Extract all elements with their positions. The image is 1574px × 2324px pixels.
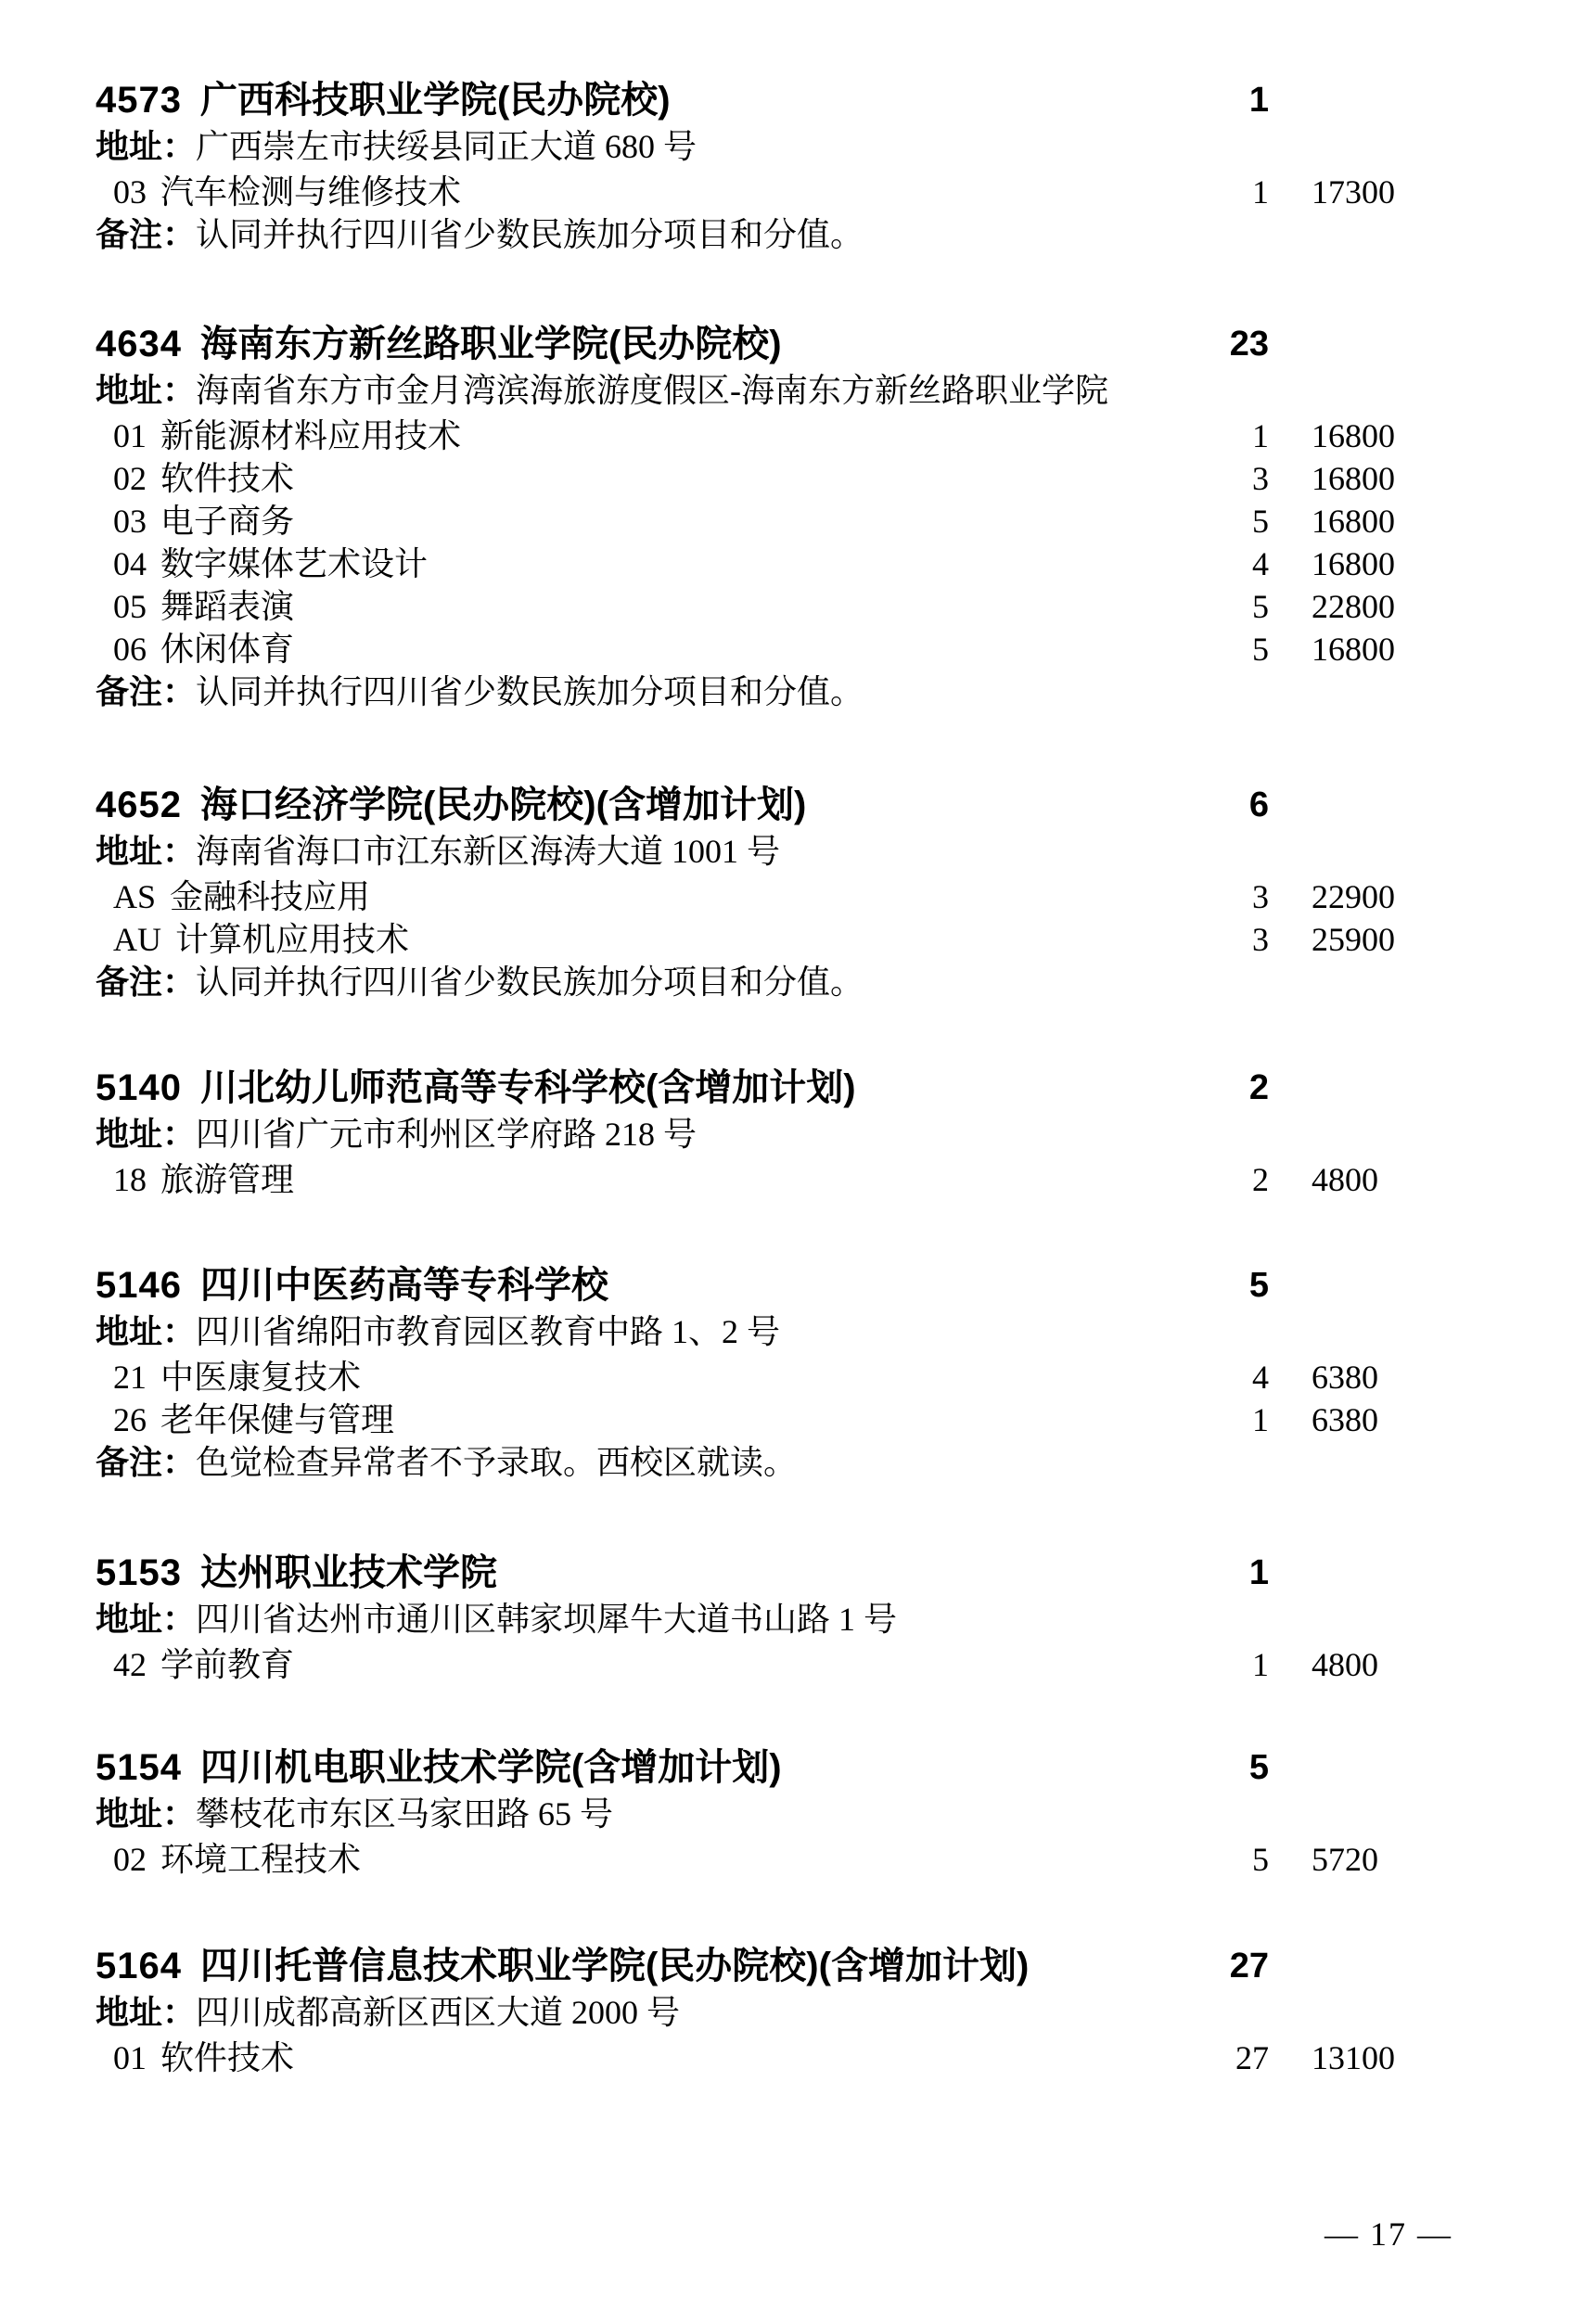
course-row: 18旅游管理 2 4800 [96, 1159, 1505, 1200]
course-name: 中医康复技术 [160, 1359, 361, 1396]
course-count: 5 [1213, 501, 1269, 542]
course-code: 18 [113, 1161, 147, 1198]
note-label: 备注： [96, 1443, 196, 1481]
course-name: 新能源材料应用技术 [160, 417, 461, 454]
school-plan-count: 5 [1213, 1264, 1269, 1307]
course-row: 21中医康复技术 4 6380 [96, 1357, 1505, 1398]
school-code: 5146 [96, 1265, 182, 1306]
school-code: 4652 [96, 785, 182, 825]
course-count: 5 [1213, 1839, 1269, 1880]
course-code: 42 [113, 1646, 147, 1683]
school-title-line: 5140川北幼儿师范高等专科学校(含增加计划) 2 [96, 1066, 1505, 1109]
address-text: 四川省绵阳市教育园区教育中路 1、2 号 [196, 1313, 780, 1350]
school-plan-count: 27 [1213, 1945, 1269, 1987]
school-title-line: 4573广西科技职业学院(民办院校) 1 [96, 79, 1505, 121]
course-code: 03 [113, 173, 147, 211]
school-name: 广西科技职业学院(民办院校) [200, 80, 671, 121]
address-text: 海南省东方市金月湾滨海旅游度假区-海南东方新丝路职业学院 [196, 372, 1108, 409]
school-name: 海南东方新丝路职业学院(民办院校) [200, 324, 782, 364]
school-code: 4573 [96, 80, 182, 121]
course-row: 05舞蹈表演 5 22800 [96, 586, 1505, 627]
address-label: 地址： [96, 1115, 196, 1153]
course-code: 04 [113, 545, 147, 582]
school-plan-count: 2 [1213, 1066, 1269, 1109]
school-plan-count: 5 [1213, 1746, 1269, 1789]
course-count: 4 [1213, 1357, 1269, 1398]
document-page: 4573广西科技职业学院(民办院校) 1 地址：广西崇左市扶绥县同正大道 680… [0, 0, 1574, 2324]
address-label: 地址： [96, 832, 196, 870]
school-name: 川北幼儿师范高等专科学校(含增加计划) [200, 1067, 856, 1108]
course-row: 26老年保健与管理 1 6380 [96, 1399, 1505, 1440]
school-name: 达州职业技术学院 [200, 1552, 497, 1593]
school-plan-count: 1 [1213, 1551, 1269, 1594]
course-row: 42学前教育 1 4800 [96, 1644, 1505, 1685]
course-row: 06休闲体育 5 16800 [96, 629, 1505, 670]
course-row: 03电子商务 5 16800 [96, 501, 1505, 542]
course-code: AS [113, 878, 156, 915]
course-name: 环境工程技术 [160, 1841, 361, 1878]
course-count: 5 [1213, 629, 1269, 670]
school-title-line: 5146四川中医药高等专科学校 5 [96, 1264, 1505, 1307]
course-fee: 22800 [1312, 586, 1395, 627]
school-plan-count: 23 [1213, 323, 1269, 365]
address-line: 地址：海南省海口市江东新区海涛大道 1001 号 [96, 831, 1505, 872]
course-name: 老年保健与管理 [160, 1401, 394, 1438]
course-count: 1 [1213, 1399, 1269, 1440]
course-count: 3 [1213, 458, 1269, 499]
address-line: 地址：四川省广元市利州区学府路 218 号 [96, 1114, 1505, 1155]
course-count: 1 [1213, 172, 1269, 212]
course-count: 3 [1213, 876, 1269, 917]
course-fee: 16800 [1312, 543, 1395, 584]
course-count: 1 [1213, 1644, 1269, 1685]
course-fee: 22900 [1312, 876, 1395, 917]
address-line: 地址：四川成都高新区西区大道 2000 号 [96, 1992, 1505, 2033]
course-fee: 17300 [1312, 172, 1395, 212]
course-count: 1 [1213, 415, 1269, 456]
address-text: 四川省达州市通川区韩家坝犀牛大道书山路 1 号 [196, 1601, 897, 1638]
school-code: 5154 [96, 1747, 182, 1788]
address-text: 海南省海口市江东新区海涛大道 1001 号 [196, 833, 780, 870]
school-title-line: 4652海口经济学院(民办院校)(含增加计划) 6 [96, 784, 1505, 826]
address-line: 地址：海南省东方市金月湾滨海旅游度假区-海南东方新丝路职业学院 [96, 370, 1505, 411]
course-row: 03汽车检测与维修技术 1 17300 [96, 172, 1505, 212]
course-code: 21 [113, 1359, 147, 1396]
course-name: 软件技术 [160, 2039, 294, 2076]
course-name: 软件技术 [160, 460, 294, 497]
course-name: 计算机应用技术 [175, 921, 409, 958]
course-fee: 16800 [1312, 415, 1395, 456]
course-count: 4 [1213, 543, 1269, 584]
course-name: 休闲体育 [160, 631, 294, 668]
address-line: 地址：攀枝花市东区马家田路 65 号 [96, 1794, 1505, 1834]
course-fee: 13100 [1312, 2037, 1395, 2078]
note-text: 认同并执行四川省少数民族加分项目和分值。 [196, 673, 864, 710]
address-line: 地址：广西崇左市扶绥县同正大道 680 号 [96, 126, 1505, 167]
page-number: — 17 — [1324, 2215, 1452, 2254]
course-name: 舞蹈表演 [160, 588, 294, 625]
course-code: 01 [113, 417, 147, 454]
course-code: 05 [113, 588, 147, 625]
address-label: 地址： [96, 371, 196, 409]
address-line: 地址：四川省绵阳市教育园区教育中路 1、2 号 [96, 1311, 1505, 1352]
address-text: 四川成都高新区西区大道 2000 号 [196, 1994, 680, 2031]
note-text: 认同并执行四川省少数民族加分项目和分值。 [196, 964, 864, 1001]
note-line: 备注：认同并执行四川省少数民族加分项目和分值。 [96, 214, 1505, 255]
course-name: 旅游管理 [160, 1161, 294, 1198]
course-row: AS金融科技应用 3 22900 [96, 876, 1505, 917]
school-code: 5153 [96, 1552, 182, 1593]
course-code: 06 [113, 631, 147, 668]
school-title-line: 5153达州职业技术学院 1 [96, 1551, 1505, 1594]
course-code: 02 [113, 460, 147, 497]
course-code: AU [113, 921, 161, 958]
course-name: 电子商务 [160, 503, 294, 540]
school-code: 4634 [96, 324, 182, 364]
school-plan-count: 1 [1213, 79, 1269, 121]
address-text: 四川省广元市利州区学府路 218 号 [196, 1116, 697, 1153]
course-name: 金融科技应用 [170, 878, 370, 915]
address-line: 地址：四川省达州市通川区韩家坝犀牛大道书山路 1 号 [96, 1599, 1505, 1640]
school-name: 四川托普信息技术职业学院(民办院校)(含增加计划) [200, 1946, 1029, 1986]
course-fee: 6380 [1312, 1399, 1378, 1440]
school-name: 四川中医药高等专科学校 [200, 1265, 608, 1306]
school-code: 5164 [96, 1946, 182, 1986]
course-fee: 25900 [1312, 919, 1395, 960]
school-title-line: 4634海南东方新丝路职业学院(民办院校) 23 [96, 323, 1505, 365]
course-fee: 16800 [1312, 501, 1395, 542]
course-row: 02环境工程技术 5 5720 [96, 1839, 1505, 1880]
school-code: 5140 [96, 1067, 182, 1108]
address-label: 地址： [96, 1993, 196, 2031]
address-label: 地址： [96, 1794, 196, 1832]
note-text: 色觉检查异常者不予录取。西校区就读。 [196, 1444, 797, 1481]
course-code: 02 [113, 1841, 147, 1878]
course-row: 02软件技术 3 16800 [96, 458, 1505, 499]
course-fee: 5720 [1312, 1839, 1378, 1880]
course-code: 03 [113, 503, 147, 540]
course-fee: 16800 [1312, 458, 1395, 499]
note-line: 备注：色觉检查异常者不予录取。西校区就读。 [96, 1442, 1505, 1483]
address-text: 广西崇左市扶绥县同正大道 680 号 [196, 128, 697, 165]
course-count: 2 [1213, 1159, 1269, 1200]
course-row: 04数字媒体艺术设计 4 16800 [96, 543, 1505, 584]
school-name: 海口经济学院(民办院校)(含增加计划) [200, 785, 806, 825]
course-name: 数字媒体艺术设计 [160, 545, 428, 582]
note-line: 备注：认同并执行四川省少数民族加分项目和分值。 [96, 671, 1505, 712]
course-code: 26 [113, 1401, 147, 1438]
address-label: 地址： [96, 1600, 196, 1638]
school-name: 四川机电职业技术学院(含增加计划) [200, 1747, 782, 1788]
note-line: 备注：认同并执行四川省少数民族加分项目和分值。 [96, 962, 1505, 1002]
course-row: 01软件技术 27 13100 [96, 2037, 1505, 2078]
note-label: 备注： [96, 672, 196, 710]
course-count: 27 [1213, 2037, 1269, 2078]
course-name: 学前教育 [160, 1646, 294, 1683]
note-label: 备注： [96, 963, 196, 1001]
course-fee: 6380 [1312, 1357, 1378, 1398]
school-title-line: 5154四川机电职业技术学院(含增加计划) 5 [96, 1746, 1505, 1789]
course-code: 01 [113, 2039, 147, 2076]
course-row: 01新能源材料应用技术 1 16800 [96, 415, 1505, 456]
course-fee: 16800 [1312, 629, 1395, 670]
course-count: 5 [1213, 586, 1269, 627]
course-name: 汽车检测与维修技术 [160, 173, 461, 211]
course-row: AU计算机应用技术 3 25900 [96, 919, 1505, 960]
school-plan-count: 6 [1213, 784, 1269, 826]
course-fee: 4800 [1312, 1644, 1378, 1685]
course-count: 3 [1213, 919, 1269, 960]
course-fee: 4800 [1312, 1159, 1378, 1200]
school-title-line: 5164四川托普信息技术职业学院(民办院校)(含增加计划) 27 [96, 1945, 1505, 1987]
address-text: 攀枝花市东区马家田路 65 号 [196, 1795, 613, 1832]
note-label: 备注： [96, 215, 196, 253]
note-text: 认同并执行四川省少数民族加分项目和分值。 [196, 216, 864, 253]
address-label: 地址： [96, 127, 196, 165]
address-label: 地址： [96, 1312, 196, 1350]
